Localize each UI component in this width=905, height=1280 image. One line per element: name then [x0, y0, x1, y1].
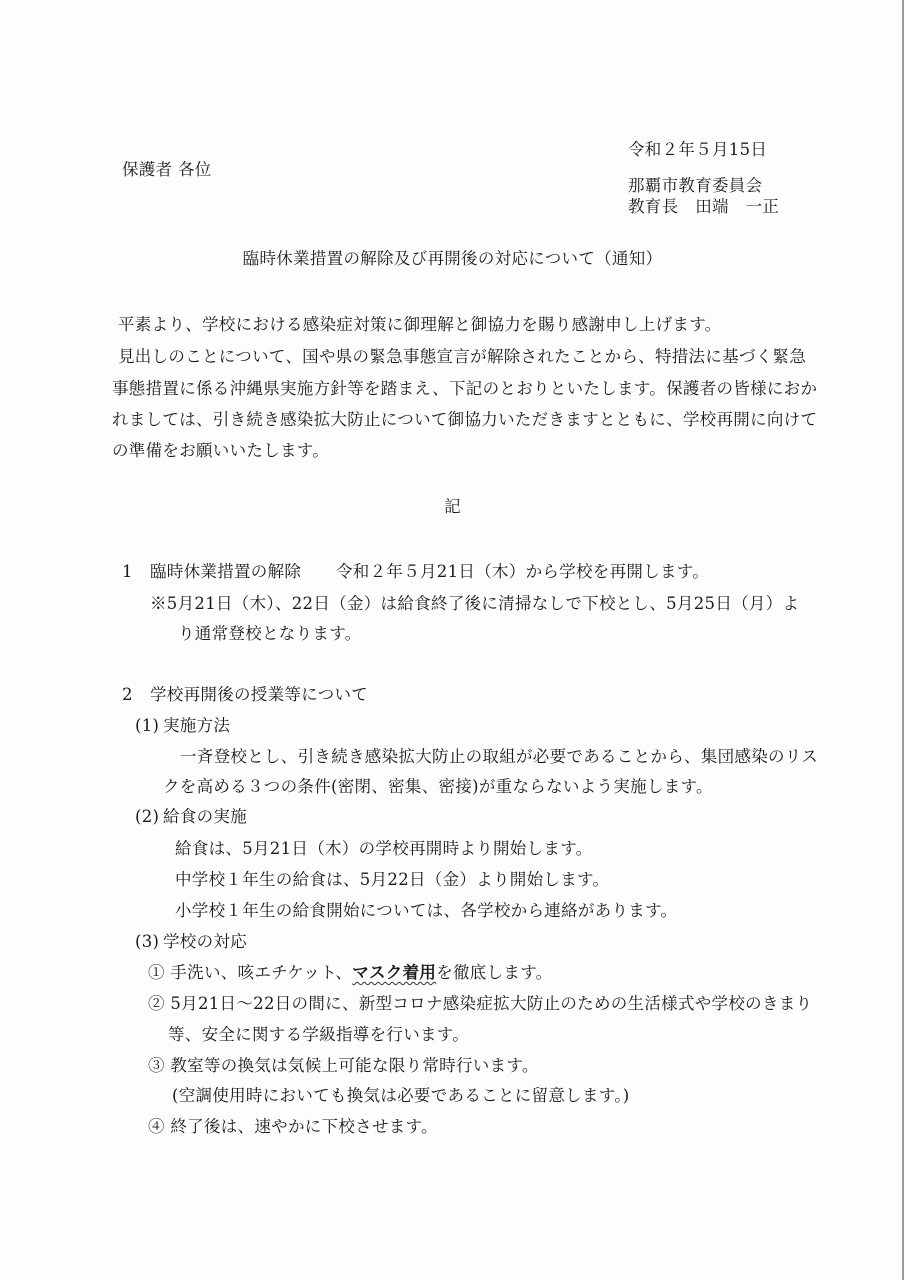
item3-line-cont: (空調使用時においても換気は必要であることに留意します。) — [172, 1086, 630, 1106]
sender-name: 教育長 田端 一正 — [628, 197, 779, 217]
ki-marker: 記 — [0, 497, 905, 517]
item1-text-post: を徹底します。 — [436, 963, 552, 982]
document-page: 令和２年５月15日 保護者 各位 那覇市教育委員会 教育長 田端 一正 臨時休業… — [0, 0, 905, 1280]
section1-text: 令和２年５月21日（木）から学校を再開します。 — [336, 562, 709, 582]
sub2-label: (2) — [135, 807, 159, 827]
intro-line: 平素より、学校における感染症対策に御理解と御協力を賜り感謝申し上げます。 — [118, 315, 721, 335]
section1-number: 1 — [122, 562, 133, 582]
sub1-heading: 実施方法 — [163, 716, 230, 736]
document-title: 臨時休業措置の解除及び再開後の対応について（通知） — [0, 249, 905, 269]
sub2-heading: 給食の実施 — [163, 807, 247, 827]
item1-emphasis-mask: マスク着用 — [352, 963, 436, 982]
item1-marker: ① — [148, 963, 165, 982]
item3-text: 教室等の換気は気候上可能な限り常時行います。 — [170, 1056, 538, 1075]
sub2-line: 給食は、5月21日（木）の学校再開時より開始します。 — [175, 839, 592, 859]
item1-text-pre: 手洗い、咳エチケット、 — [170, 963, 352, 982]
intro-line: の準備をお願いいたします。 — [112, 441, 329, 461]
intro-line: 見出しのことについて、国や県の緊急事態宣言が解除されたことから、特措法に基づく緊… — [118, 347, 806, 367]
item2-text: 5月21日～22日の間に、新型コロナ感染症拡大防止のための生活様式や学校のきまり — [170, 994, 812, 1013]
section1-note-line: り通常登校となります。 — [178, 624, 361, 644]
section2-heading: 学校再開後の授業等について — [150, 685, 368, 705]
item2-line: ② 5月21日～22日の間に、新型コロナ感染症拡大防止のための生活様式や学校のき… — [148, 994, 812, 1014]
recipient: 保護者 各位 — [122, 160, 212, 180]
section2-number: 2 — [122, 685, 133, 705]
item2-line-cont: 等、安全に関する学級指導を行います。 — [168, 1025, 469, 1045]
item3-marker: ③ — [148, 1056, 165, 1075]
sub1-line: 一斉登校とし、引き続き感染拡大防止の取組が必要であることから、集団感染のリス — [180, 747, 818, 767]
sub3-label: (3) — [135, 932, 159, 952]
intro-line: れましては、引き続き感染拡大防止について御協力いただきますとともに、学校再開に向… — [112, 410, 817, 430]
scan-edge-line — [902, 0, 904, 1280]
item3-line: ③ 教室等の換気は気候上可能な限り常時行います。 — [148, 1056, 539, 1076]
intro-line: 事態措置に係る沖縄県実施方針等を踏まえ、下記のとおりといたします。保護者の皆様に… — [112, 379, 817, 399]
sub1-line: クを高める３つの条件(密閉、密集、密接)が重ならないよう実施します。 — [163, 777, 713, 797]
document-date: 令和２年５月15日 — [628, 140, 767, 160]
item4-marker: ④ — [148, 1117, 165, 1136]
sender-org: 那覇市教育委員会 — [628, 176, 762, 196]
sub2-line: 小学校１年生の給食開始については、各学校から連絡があります。 — [175, 901, 677, 921]
sub2-line: 中学校１年生の給食は、5月22日（金）より開始します。 — [175, 870, 609, 890]
item2-marker: ② — [148, 994, 165, 1013]
sub3-heading: 学校の対応 — [163, 932, 247, 952]
item4-text: 終了後は、速やかに下校させます。 — [170, 1117, 437, 1136]
sub1-label: (1) — [135, 716, 159, 736]
section1-note-line: ※5月21日（木）、22日（金）は給食終了後に清掃なしで下校とし、5月25日（月… — [150, 594, 799, 614]
item1-line: ① 手洗い、咳エチケット、マスク着用を徹底します。 — [148, 963, 552, 983]
section1-heading: 臨時休業措置の解除 — [150, 562, 301, 582]
item4-line: ④ 終了後は、速やかに下校させます。 — [148, 1117, 438, 1137]
